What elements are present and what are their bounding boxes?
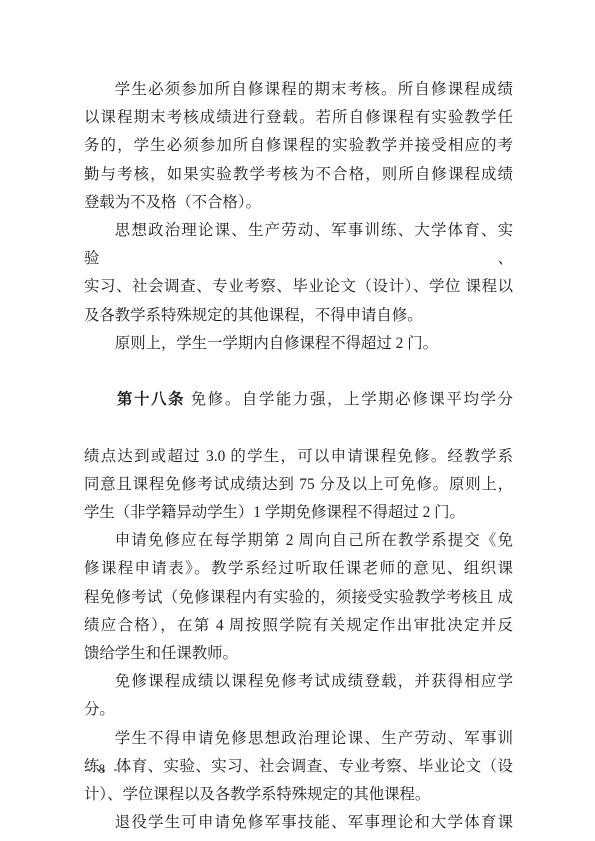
text-line: 计）、学位课程以及各教学系特殊规定的其他课程。 (84, 781, 513, 809)
text-line: 馈给学生和任课教师。 (84, 640, 513, 668)
text-line: 勤与考核，如果实验教学考核为不合格，则所自修课程成绩 (84, 161, 513, 189)
text-line: 学生不得申请免修思想政治理论课、生产劳动、军事训 (84, 725, 513, 753)
text-line-rest: 免修。自学能力强，上学期必修课平均学分 (185, 391, 513, 408)
text-line: 登载为不及格（不合格）。 (84, 189, 513, 217)
text-line: 分。 (84, 696, 513, 724)
text-line: 练、体育、实验、实习、社会调查、专业考察、毕业论文（设 (84, 753, 513, 781)
text-line: 绩应合格），在第 4 周按照学院有关规定作出审批决定并反 (84, 612, 513, 640)
text-line: 务的，学生必须参加所自修课程的实验教学并接受相应的考 (84, 132, 513, 160)
text-line: 以课程期末考核成绩进行登载。若所自修课程有实验教学任 (84, 104, 513, 132)
text-line: 修课程申请表》。教学系经过听取任课老师的意见、组织课 (84, 555, 513, 583)
text-line: 申请免修应在每学期第 2 周向自己所在教学系提交《免 (84, 527, 513, 555)
text-line: 实习、社会调查、专业考察、毕业论文（设计）、学位 课程以 (84, 273, 513, 301)
text-line: 程免修考试（免修课程内有实验的，须接受实验教学考核且 成 (84, 584, 513, 612)
document-page: 学生必须参加所自修课程的期末考核。所自修课程成绩 以课程期末考核成绩进行登载。若… (0, 0, 595, 841)
text-line: 学生（非学籍异动学生）1 学期免修课程不得超过 2 门。 (84, 499, 513, 527)
text-line: 免修课程成绩以课程免修考试成绩登载，并获得相应学 (84, 668, 513, 696)
text-line: 思想政治理论课、生产劳动、军事训练、大学体育、实 验、 (84, 217, 513, 273)
text-line: 同意且课程免修考试成绩达到 75 分及以上可免修。原则上， (84, 471, 513, 499)
text-line: 学生必须参加所自修课程的期末考核。所自修课程成绩 (84, 76, 513, 104)
text-line: 原则上，学生一学期内自修课程不得超过 2 门。 (84, 330, 513, 358)
text-line: 退役学生可申请免修军事技能、军事理论和大学体育课 (84, 809, 513, 837)
text-line: 及各教学系特殊规定的其他课程，不得申请自修。 (84, 302, 513, 330)
text-line: 第十八条 免修。自学能力强，上学期必修课平均学分 (84, 358, 513, 443)
article-number: 第十八条 (117, 391, 185, 408)
page-number: - 8 - (86, 761, 120, 777)
text-line: 绩点达到或超过 3.0 的学生，可以申请课程免修。经教学系 (84, 443, 513, 471)
text-block: 学生必须参加所自修课程的期末考核。所自修课程成绩 以课程期末考核成绩进行登载。若… (84, 76, 513, 837)
